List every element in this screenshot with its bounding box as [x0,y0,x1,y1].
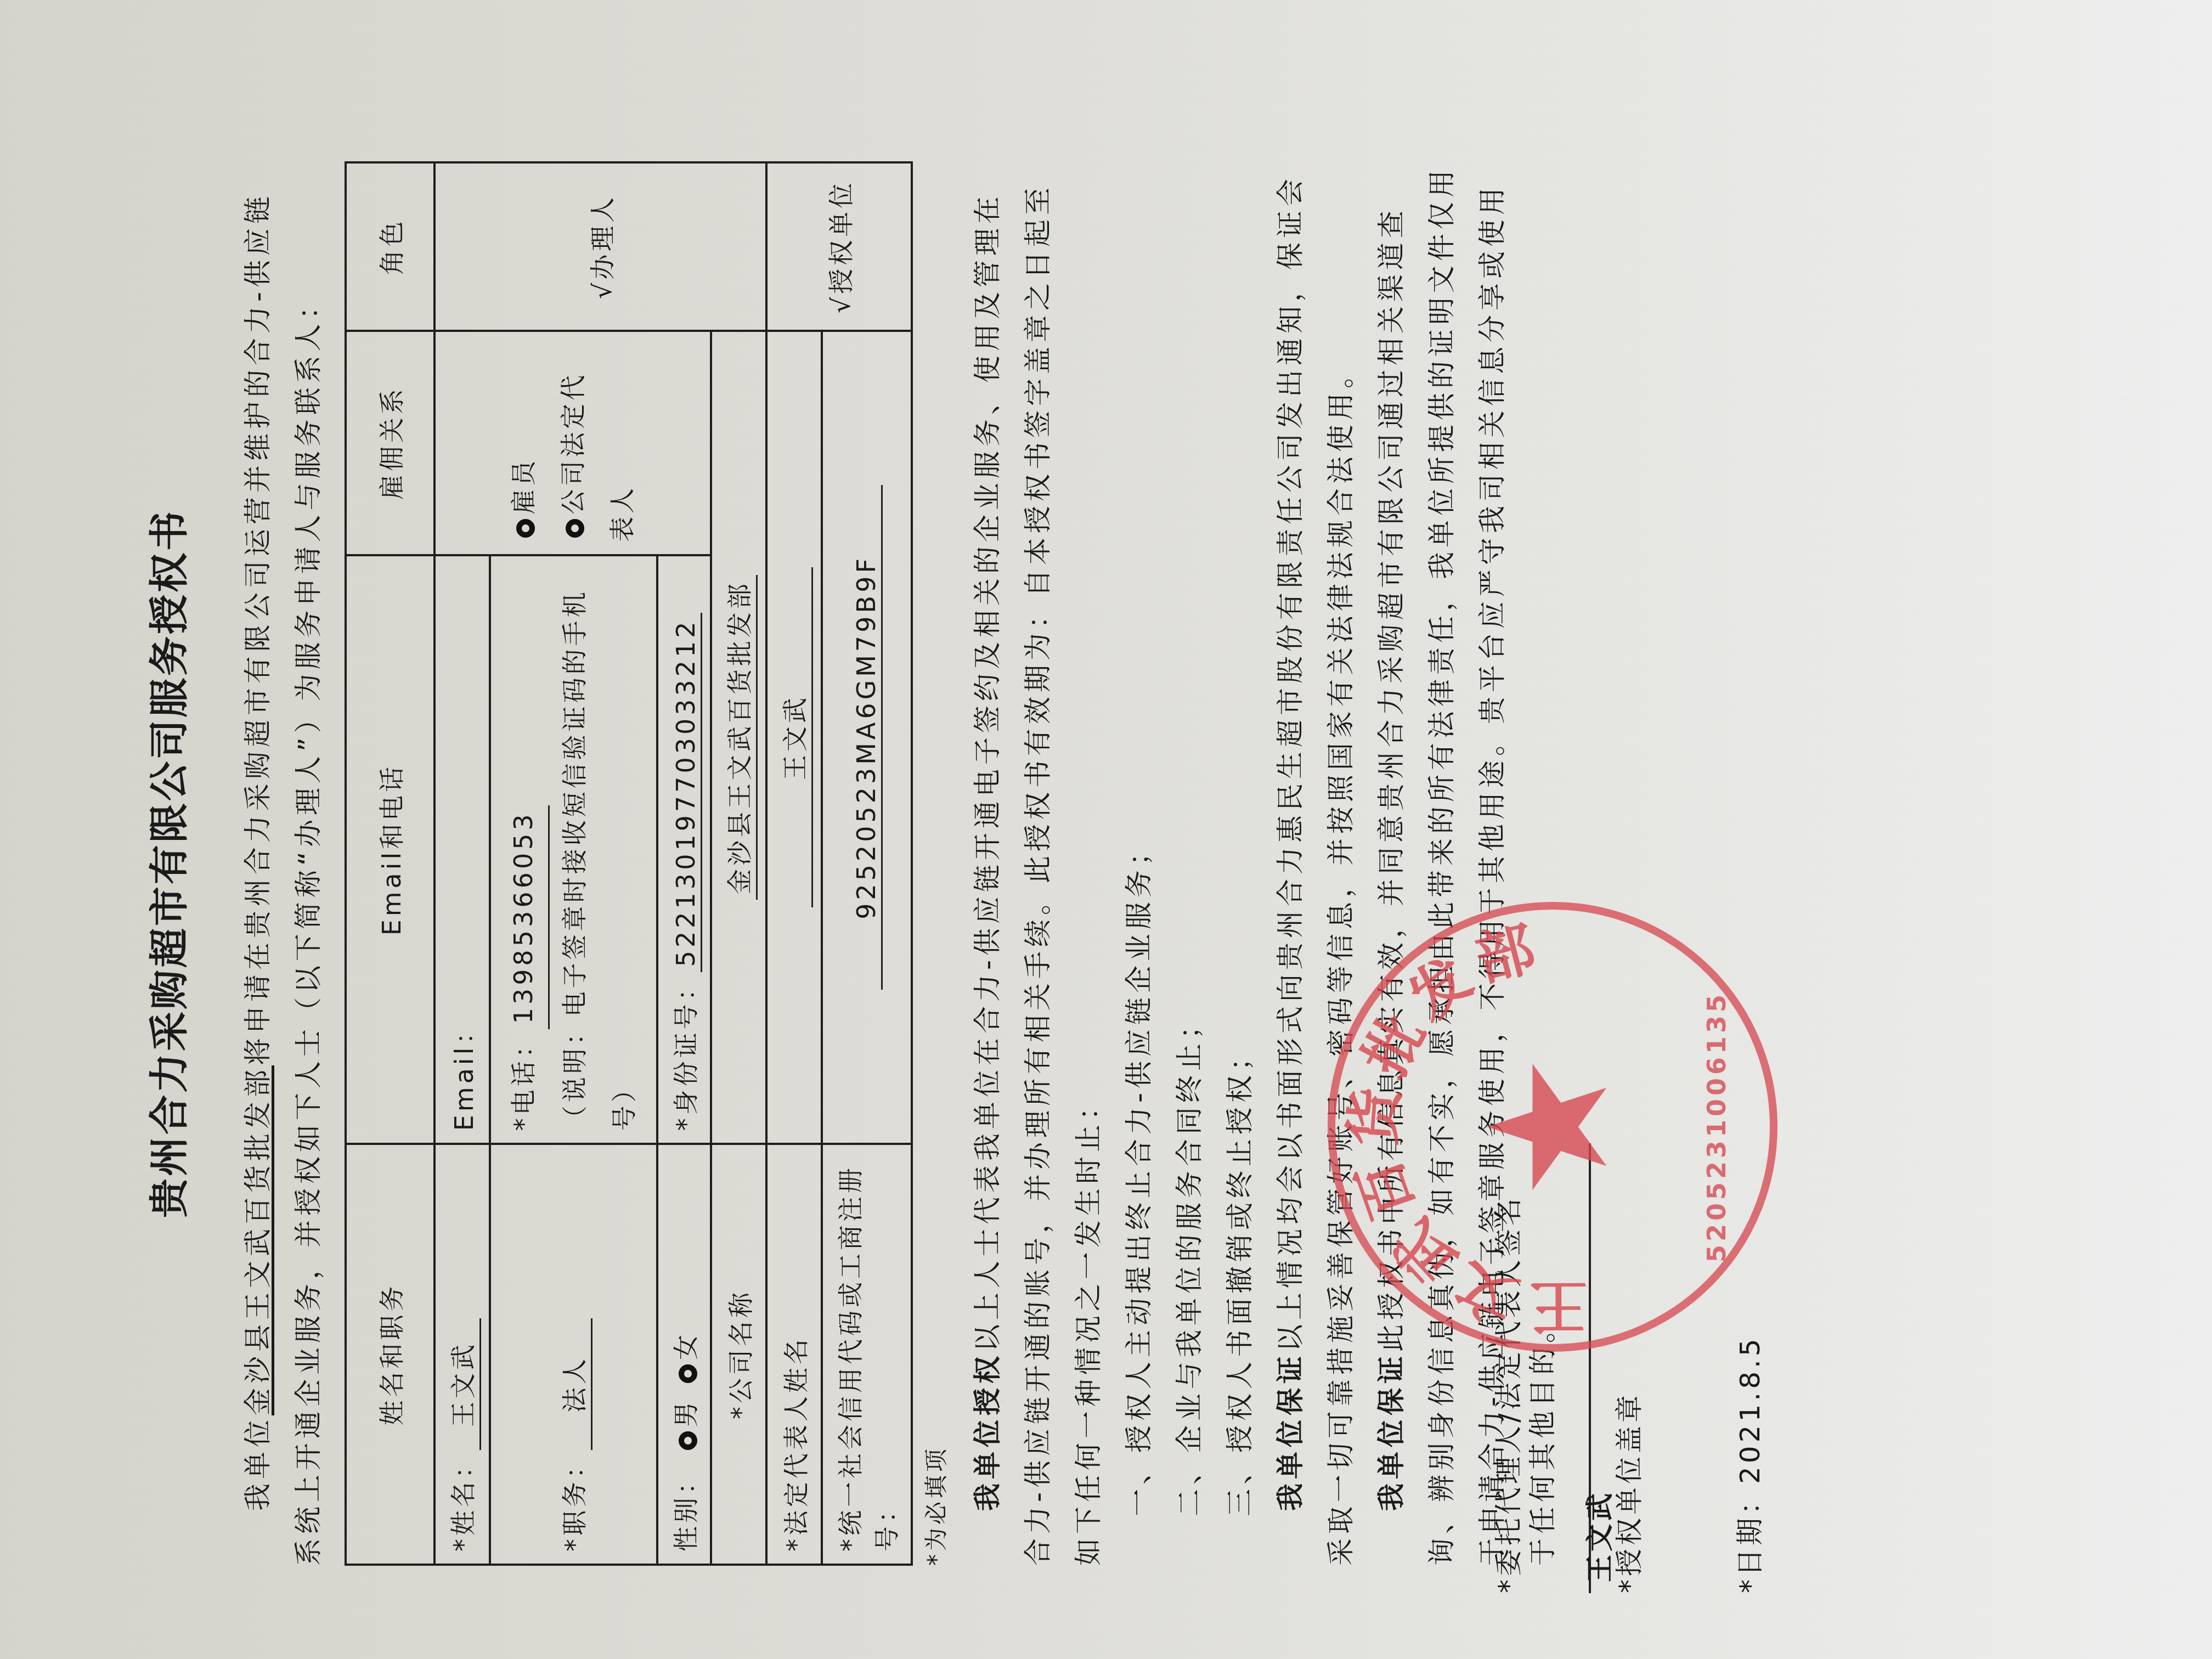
header-email-phone: Email和电话 [346,555,435,1144]
agent-signature-line: 王文武 [1536,112,1591,1593]
signature-block: *委托代理人/法定代表人签名 王文武 *授权单位盖章 *日期：2021.8.5 [1481,112,1778,1593]
condition-item: 三、授权人书面撤销或终止授权； [1215,161,1265,1566]
document-title: 贵州合力采购超市有限公司服务授权书 [137,161,194,1566]
agent-title-cell: *职务：法人 [490,1144,657,1565]
header-role: 角色 [346,162,435,331]
authorization-table: 姓名和职务 Email和电话 雇佣关系 角色 *姓名：王文武 Email： 雇员… [345,161,913,1566]
employment-option-legal-rep[interactable]: 公司法定代表人 [548,344,647,542]
agent-id-cell: *身份证号：522130197703033212 [657,555,711,1144]
table-row-agent-name: *姓名：王文武 Email： 雇员 公司法定代表人 √办理人 [435,162,490,1565]
seal-code: 5205231006135 [1702,991,1731,1262]
company-seal-stamp: 王文武百货批发部 ★ 5205231006135 [1328,902,1778,1352]
header-name-title: 姓名和职务 [346,1144,435,1565]
agent-phone-field[interactable]: 13985366053 [499,805,550,1029]
gender-option-female[interactable]: 女 [671,1331,701,1387]
radio-icon [566,519,584,538]
condition-item: 一、授权人主动提出终止合力-供应链企业服务； [1114,161,1164,1566]
credit-code-field[interactable]: 92520523MA6GM79B9F [851,485,883,990]
agent-gender-cell: 性别： 男 女 [657,1144,711,1565]
company-name-cell: 金沙县王文武百货批发部 [711,331,766,1144]
employment-cell: 雇员 公司法定代表人 [435,331,711,555]
company-name-field[interactable]: 金沙县王文武百货批发部 [720,575,758,900]
agent-title-field[interactable]: 法人 [555,1318,592,1450]
role-cell-company: √授权单位 [766,162,912,331]
date-value: 2021.8.5 [1734,1335,1766,1484]
authorization-paragraph: 我单位授权以上人士代表我单位在合力-供应链开通电子签约及相关的企业服务、使用及管… [962,161,1114,1566]
radio-icon [679,1431,697,1450]
star-icon: ★ [1467,1053,1632,1201]
authorization-document-page: 贵州合力采购超市有限公司服务授权书 我单位金沙县王文武百货批发部将申请在贵州合力… [0,0,2212,1659]
credit-code-label: *统一社会信用代码或工商注册号： [822,1144,912,1565]
header-employment: 雇佣关系 [346,331,435,555]
agent-name-field[interactable]: 王文武 [443,1318,481,1450]
table-row-credit-code: *统一社会信用代码或工商注册号： 92520523MA6GM79B9F [822,162,912,1565]
date-row: *日期：2021.8.5 [1723,112,1778,1593]
legal-rep-label: *法定代表人姓名 [766,1144,822,1565]
employment-option-employee[interactable]: 雇员 [499,344,548,542]
agent-id-field[interactable]: 522130197703033212 [671,613,702,972]
intro-company-name: 金沙县王文武百货批发部 [242,1065,274,1415]
phone-note: （说明：电子签章时接收短信验证码的手机号） [550,568,648,1131]
guarantee-paragraph-1: 我单位保证以上情况均会以书面形式向贵州合力惠民生超市股份有限责任公司发出通知，保… [1265,161,1366,1566]
agent-signature-row: *委托代理人/法定代表人签名 [1481,112,1536,1593]
legal-rep-cell: 王文武 [766,331,822,1144]
radio-icon [516,519,535,538]
radio-icon [679,1364,697,1383]
agent-phone-cell: *电话：13985366053 （说明：电子签章时接收短信验证码的手机号） [490,555,657,1144]
role-cell-agent: √办理人 [435,162,766,331]
table-header-row: 姓名和职务 Email和电话 雇佣关系 角色 [346,162,435,1565]
table-row-company-name: *公司名称 金沙县王文武百货批发部 [711,162,766,1565]
gender-option-male[interactable]: 男 [671,1398,701,1454]
table-row-legal-rep: *法定代表人姓名 王文武 √授权单位 [766,162,822,1565]
agent-name-cell: *姓名：王文武 [435,1144,490,1565]
credit-code-cell: 92520523MA6GM79B9F [822,331,912,1144]
condition-item: 二、企业与我单位的服务合同终止； [1164,161,1215,1566]
intro-paragraph: 我单位金沙县王文武百货批发部将申请在贵州合力采购超市有限公司运营并维护的合力-供… [233,161,334,1566]
company-name-label: *公司名称 [711,1144,766,1565]
agent-email-cell: Email： [435,555,490,1144]
required-note: *为必填项 [918,161,951,1566]
seal-row: *授权单位盖章 [1602,112,1657,1593]
legal-rep-field[interactable]: 王文武 [775,567,813,907]
